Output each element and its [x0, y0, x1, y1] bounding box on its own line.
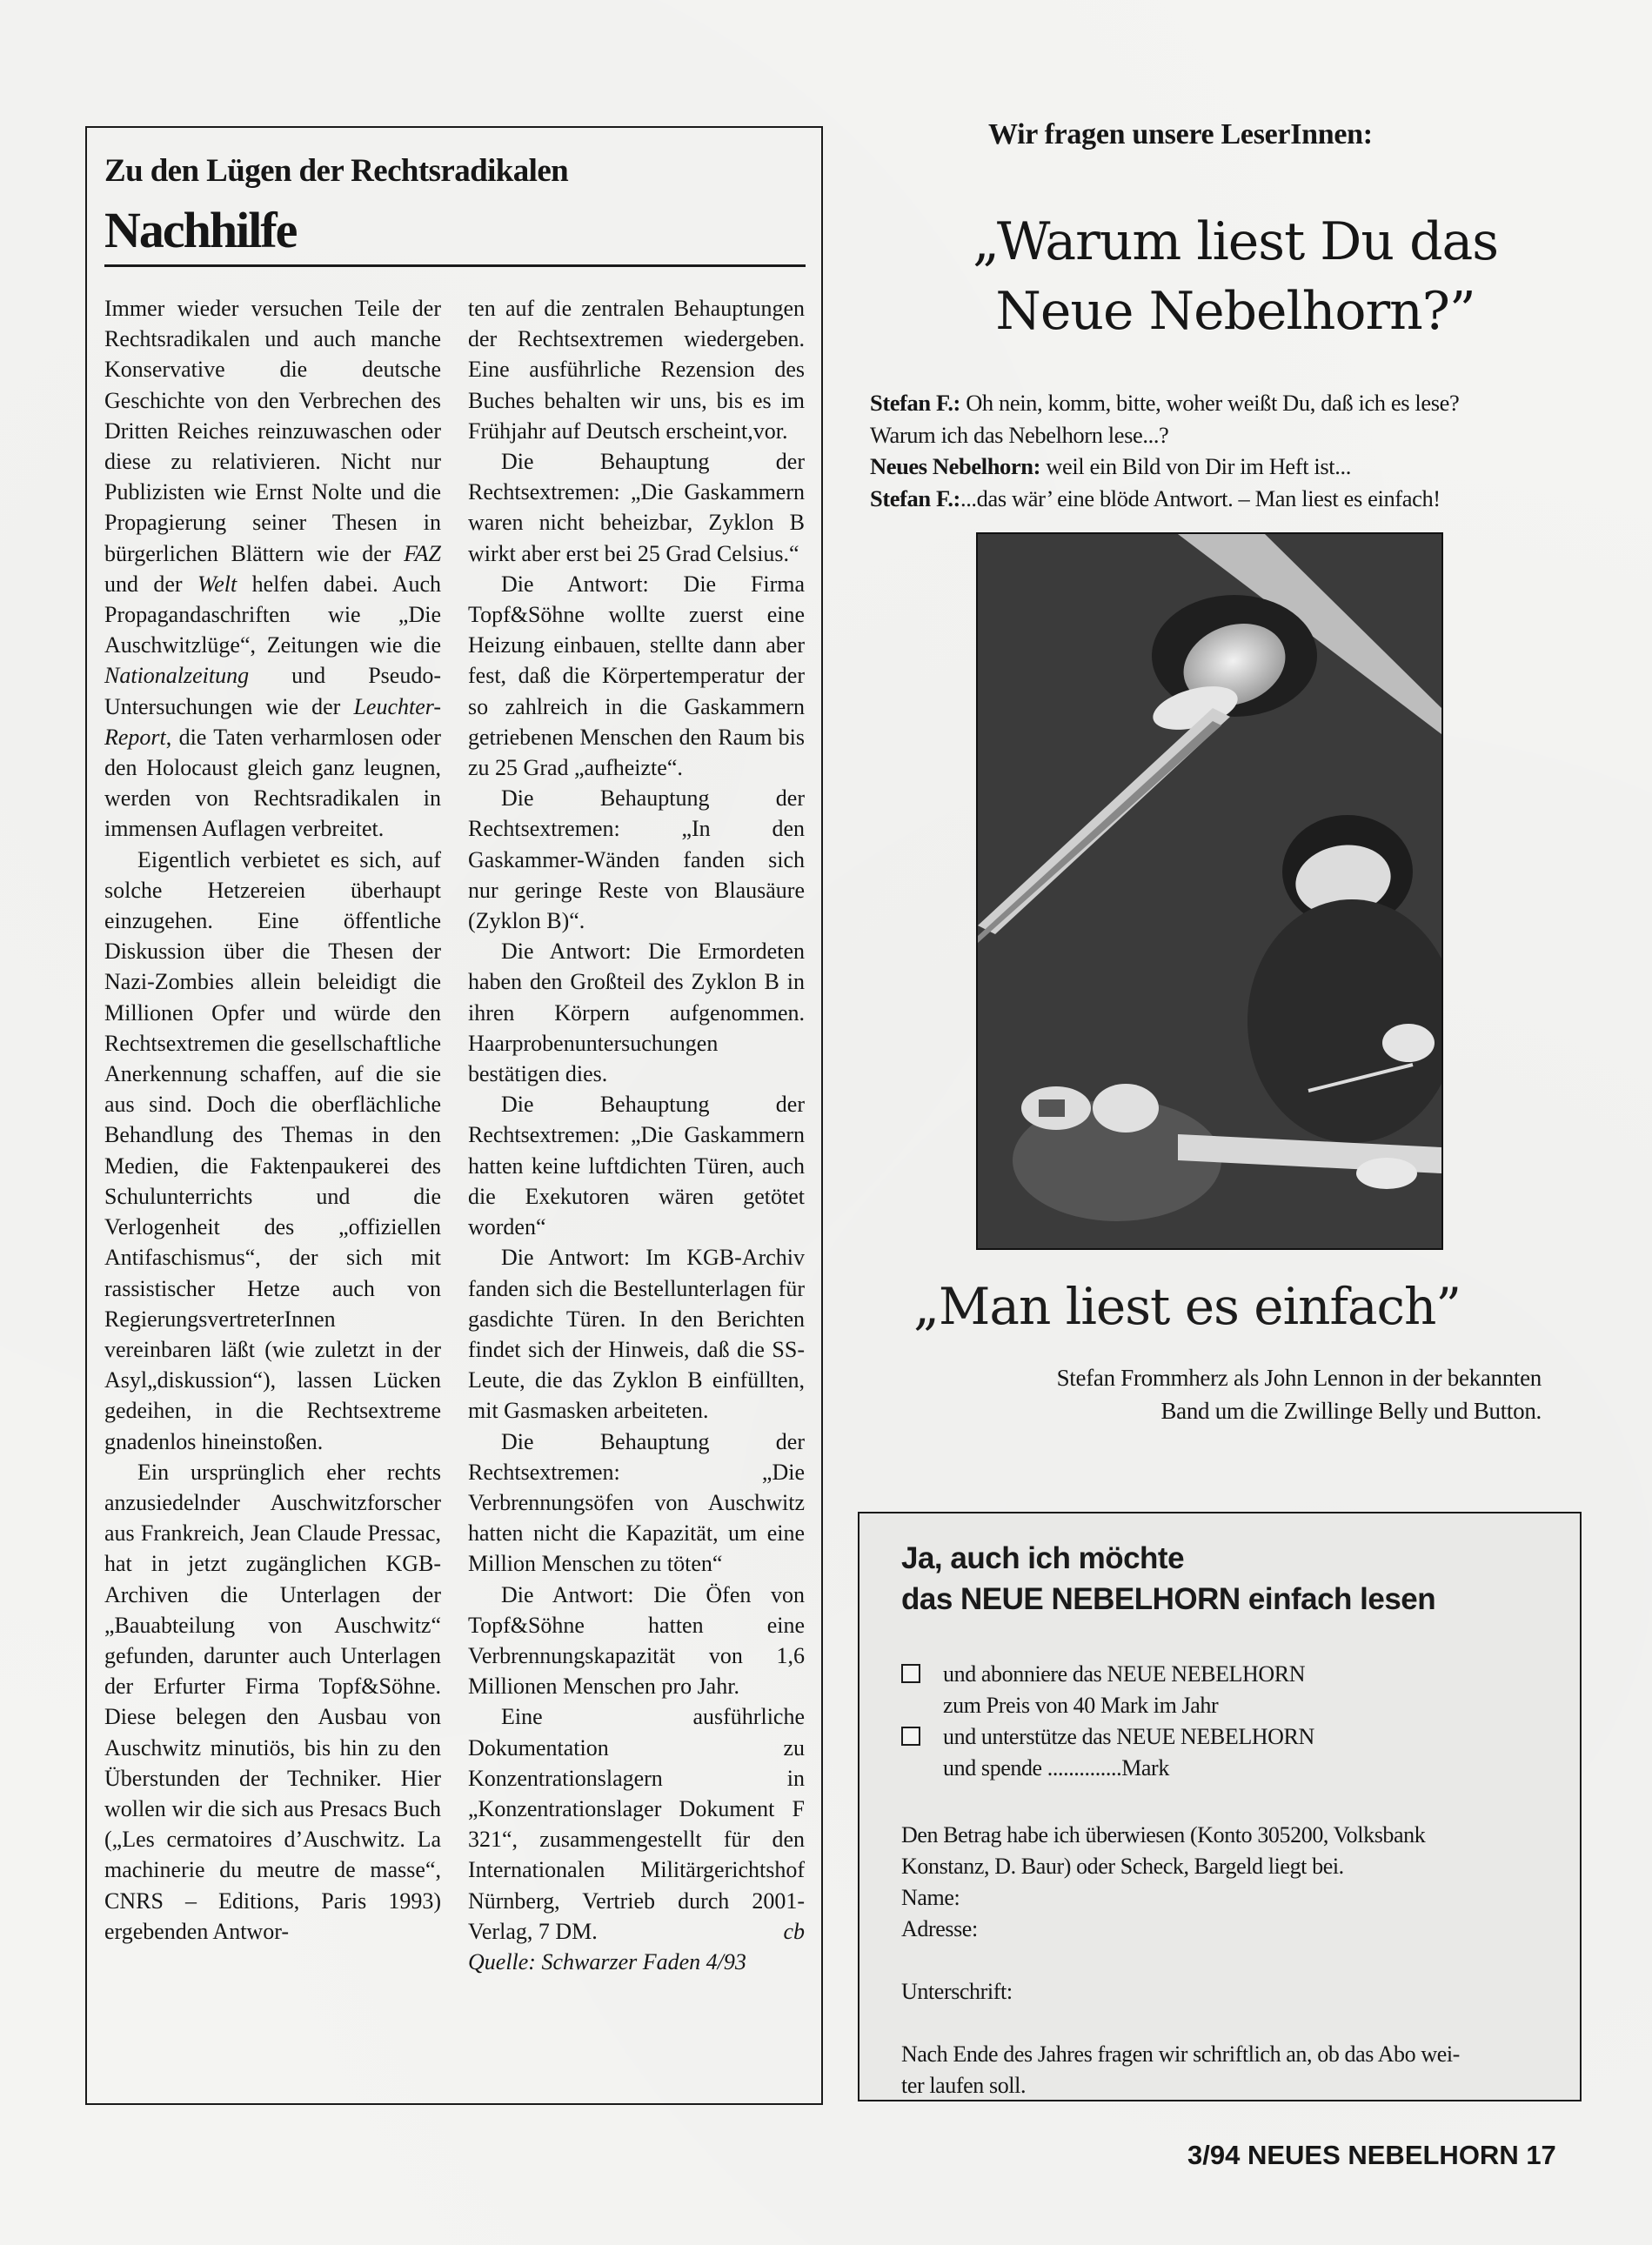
option-donate[interactable]: und unterstütze das NEUE NEBELHORN und s… — [901, 1721, 1314, 1784]
interview-line: Warum ich das Nebelhorn lese...? — [870, 419, 1566, 451]
photo-illustration — [978, 534, 1441, 1248]
address-field-label[interactable]: Adresse: — [901, 1914, 1562, 1945]
article-column-2: ten auf die zentralen Behauptungen der R… — [468, 293, 805, 1977]
article-paragraph: Die Antwort: Die Öfen von Topf&Söhne hat… — [468, 1580, 805, 1702]
interview-line: Stefan F.:...das wär’ eine blöde Antwort… — [870, 483, 1566, 515]
form-title-line-2: das NEUE NEBELHORN einfach lesen — [901, 1579, 1435, 1620]
interview-text: ...das wär’ eine blöde Antwort. – Man li… — [960, 485, 1441, 511]
option-subscribe[interactable]: und abonniere das NEUE NEBELHORN zum Pre… — [901, 1659, 1314, 1721]
renewal-note-line-2: ter laufen soll. — [901, 2070, 1562, 2101]
article-paragraph: ten auf die zentralen Behauptungen der R… — [468, 293, 805, 446]
article-paragraph: Eigentlich verbietet es sich, auf solche… — [104, 845, 441, 1457]
article-nachhilfe: Zu den Lügen der Rechtsradikalen Nachhil… — [85, 126, 823, 2105]
form-title-line-1: Ja, auch ich möchte — [901, 1538, 1435, 1579]
reader-question-kicker: Wir fragen unsere LeserInnen: — [988, 118, 1373, 151]
subscription-form: Ja, auch ich möchte das NEUE NEBELHORN e… — [858, 1512, 1582, 2101]
article-paragraph: Die Behauptung der Rechtsextremen: „Die … — [468, 1427, 805, 1580]
article-paragraph: Die Antwort: Im KGB-Archiv fanden sich d… — [468, 1242, 805, 1426]
option-text: und abonniere das NEUE NEBELHORN zum Pre… — [943, 1659, 1305, 1721]
form-title: Ja, auch ich möchte das NEUE NEBELHORN e… — [901, 1538, 1435, 1620]
subscribe-checkbox[interactable] — [901, 1664, 920, 1683]
author-initials: cb — [750, 1916, 805, 1947]
speaker-name: Neues Nebelhorn: — [870, 453, 1040, 479]
article-paragraph: Die Behauptung der Rechtsextremen: „Die … — [468, 1089, 805, 1242]
speaker-name: Stefan F.: — [870, 485, 960, 511]
form-body: Den Betrag habe ich überwiesen (Konto 30… — [901, 1820, 1562, 2101]
address-blank — [901, 1945, 1562, 1976]
name-field-label[interactable]: Name: — [901, 1882, 1562, 1914]
speaker-name: Stefan F.: — [870, 390, 960, 416]
interview-text: Warum ich das Nebelhorn lese...? — [870, 422, 1168, 448]
signature-field-label[interactable]: Unterschrift: — [901, 1976, 1562, 2008]
headline-line-2: Neue Nebelhorn?” — [905, 277, 1566, 346]
option-text: und unterstütze das NEUE NEBELHORN und s… — [943, 1721, 1314, 1784]
article-paragraph: Eine ausführliche Dokumentation zu Konze… — [468, 1701, 805, 1947]
interview-line: Neues Nebelhorn: weil ein Bild von Dir i… — [870, 451, 1566, 483]
headline-rule — [104, 264, 806, 267]
reader-question-headline: „Warum liest Du das Neue Nebelhorn?” — [905, 207, 1566, 346]
caption-line-1: Stefan Frommherz als John Lennon in der … — [922, 1361, 1542, 1394]
article-headline: Nachhilfe — [104, 201, 296, 259]
interview-text: weil ein Bild von Dir im Heft ist... — [1040, 453, 1351, 479]
option-line-2: und spende ..............Mark — [943, 1753, 1314, 1784]
option-line-1: und unterstütze das NEUE NEBELHORN — [943, 1721, 1314, 1753]
article-paragraph: Ein ursprünglich eher rechts anzusiedeln… — [104, 1457, 441, 1947]
headline-line-1: „Warum liest Du das — [905, 207, 1566, 277]
band-photo — [976, 532, 1443, 1250]
article-source: Quelle: Schwarzer Faden 4/93 — [468, 1947, 805, 1977]
option-line-1: und abonniere das NEUE NEBELHORN — [943, 1659, 1305, 1690]
payment-line-1: Den Betrag habe ich überwiesen (Konto 30… — [901, 1820, 1562, 1851]
article-paragraph: Die Behauptung der Rechtsextremen: „Die … — [468, 446, 805, 569]
interview-line: Stefan F.: Oh nein, komm, bitte, woher w… — [870, 387, 1566, 419]
donate-checkbox[interactable] — [901, 1727, 920, 1746]
interview-text: Oh nein, komm, bitte, woher weißt Du, da… — [960, 390, 1459, 416]
option-line-2: zum Preis von 40 Mark im Jahr — [943, 1690, 1305, 1721]
article-kicker: Zu den Lügen der Rechtsradikalen — [104, 152, 568, 190]
article-paragraph: Die Antwort: Die Ermordeten haben den Gr… — [468, 936, 805, 1089]
renewal-note-line-1: Nach Ende des Jahres fragen wir schriftl… — [901, 2039, 1562, 2070]
signature-blank — [901, 2008, 1562, 2039]
article-paragraph: Die Antwort: Die Firma Topf&Söhne wollte… — [468, 569, 805, 783]
pull-quote: „Man liest es einfach” — [913, 1277, 1461, 1336]
article-paragraph: Die Behauptung der Rechtsextremen: „In d… — [468, 783, 805, 936]
page-folio: 3/94 NEUES NEBELHORN 17 — [1187, 2140, 1556, 2171]
article-paragraph: Immer wieder versuchen Teile der Rechtsr… — [104, 293, 441, 845]
payment-line-2: Konstanz, D. Baur) oder Scheck, Bargeld … — [901, 1851, 1562, 1882]
caption-line-2: Band um die Zwillinge Belly und Button. — [922, 1394, 1542, 1427]
article-column-1: Immer wieder versuchen Teile der Rechtsr… — [104, 293, 441, 1947]
interview: Stefan F.: Oh nein, komm, bitte, woher w… — [870, 387, 1566, 514]
photo-caption: Stefan Frommherz als John Lennon in der … — [922, 1361, 1542, 1427]
subscription-options: und abonniere das NEUE NEBELHORN zum Pre… — [901, 1659, 1314, 1784]
